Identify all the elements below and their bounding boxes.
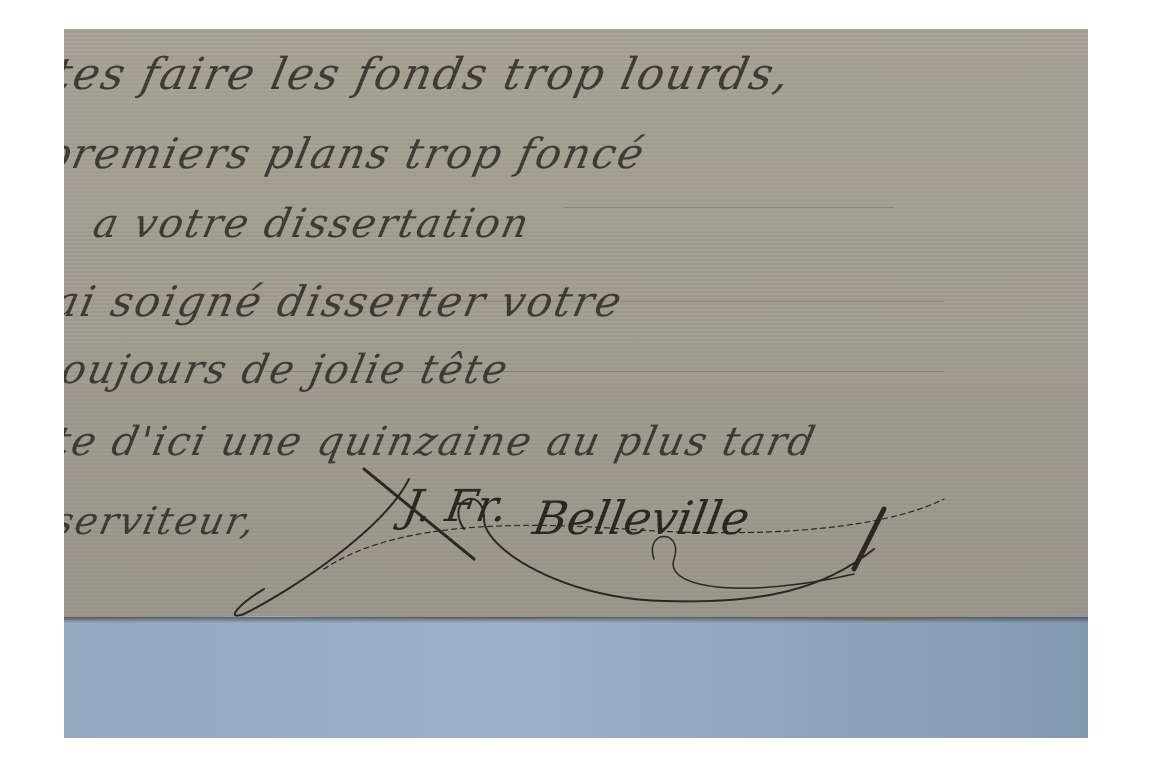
letter-paper: tes faire les fonds trop lourds, premier… [64,29,1088,623]
letter-photograph: tes faire les fonds trop lourds, premier… [64,29,1088,738]
signature-flourish-icon [64,29,1088,621]
paper-edge-shadow [64,617,1088,623]
